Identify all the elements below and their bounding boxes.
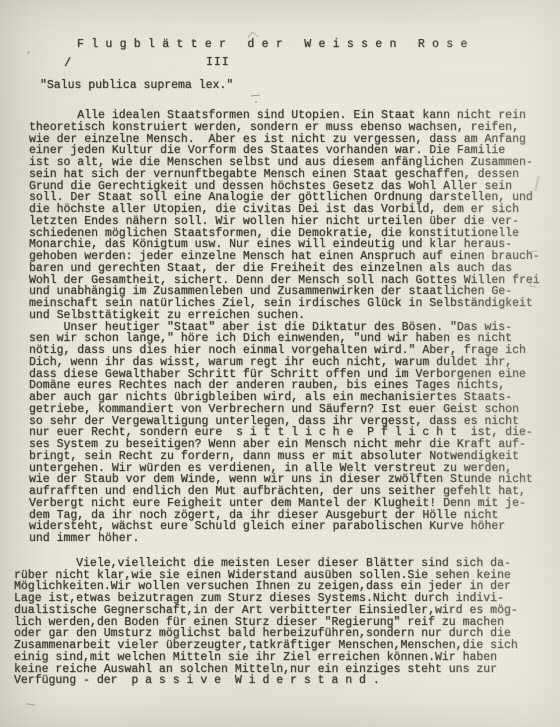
text-line: Dich, wenn ihr das wisst, warum regt ihr… bbox=[29, 357, 540, 369]
leaflet-title: F l u g b l ä t t e r d e r W e i s s e … bbox=[77, 38, 468, 51]
text-line: Verbergt nicht eure Feigheit unter dem M… bbox=[29, 498, 540, 510]
text-line: ist so alt, wie die Menschen selbst und … bbox=[29, 157, 540, 169]
text-line: ses System zu beseitigen? Wenn aber ein … bbox=[29, 439, 540, 451]
text-line: die höchste aller Utopien, die civitas D… bbox=[29, 204, 540, 216]
leaflet-page: F l u g b l ä t t e r d e r W e i s s e … bbox=[0, 0, 560, 727]
text-line: und immer höher. bbox=[29, 533, 540, 545]
text-line: getriebe, kommandiert von Verbrechern un… bbox=[29, 404, 540, 416]
text-line: und Selbsttätigkeit zu erreichen suchen. bbox=[29, 310, 540, 322]
paragraph: Unser heutiger "Staat" aber ist die Dikt… bbox=[29, 322, 540, 545]
leaflet-number: III bbox=[206, 56, 230, 69]
scan-mark bbox=[251, 95, 260, 100]
scan-mark bbox=[255, 101, 257, 103]
scan-mark bbox=[27, 51, 30, 54]
text-line: gehoben werden: jeder einzelne Mensch ha… bbox=[29, 251, 540, 263]
text-line: sein hat sich der vernunftbegabte Mensch… bbox=[29, 169, 540, 181]
text-line: einig sind,mit welchen Mitteln sie ihr Z… bbox=[14, 652, 540, 664]
text-line: nötig, dass uns dies hier noch einmal vo… bbox=[29, 345, 540, 357]
text-line: baren und gerechten Staat, der die Freih… bbox=[29, 263, 540, 275]
text-line: Zusammenarbeit vieler überzeugter,tatkrä… bbox=[14, 640, 540, 652]
text-line: Alle idealen Staatsformen sind Utopien. … bbox=[29, 110, 540, 122]
text-line: dualistische Gegnerschaft,in der Art ver… bbox=[14, 605, 540, 617]
text-line: Viele,vielleicht die meisten Leser diese… bbox=[14, 558, 540, 570]
text-line: Verfügung - der p a s s i v e W i d e r … bbox=[14, 675, 540, 687]
text-line: Lage ist,etwas beizutragen zum Sturz die… bbox=[14, 593, 540, 605]
text-line: letzten Endes nähern soll. Wir wollen hi… bbox=[29, 216, 540, 228]
text-line: aufrafften und endlich den Mut aufbrächt… bbox=[29, 486, 540, 498]
epigraph-quote: "Salus publica suprema lex." bbox=[40, 79, 233, 92]
leaflet-body: Alle idealen Staatsformen sind Utopien. … bbox=[29, 110, 540, 687]
text-line: meinschaft sein natürliches Ziel, sein i… bbox=[29, 298, 540, 310]
scan-mark bbox=[26, 703, 36, 710]
paragraph: Viele,vielleicht die meisten Leser diese… bbox=[14, 558, 540, 687]
paragraph: Alle idealen Staatsformen sind Utopien. … bbox=[29, 110, 540, 322]
text-line: aber auch gar nichts übrigbleiben wird, … bbox=[29, 392, 540, 404]
text-line: theoretisch konstruiert werden, sondern … bbox=[29, 122, 540, 134]
text-line: bringt, sein Recht zu fordern, dann muss… bbox=[29, 451, 540, 463]
handwritten-slash-mark: / bbox=[64, 56, 71, 70]
